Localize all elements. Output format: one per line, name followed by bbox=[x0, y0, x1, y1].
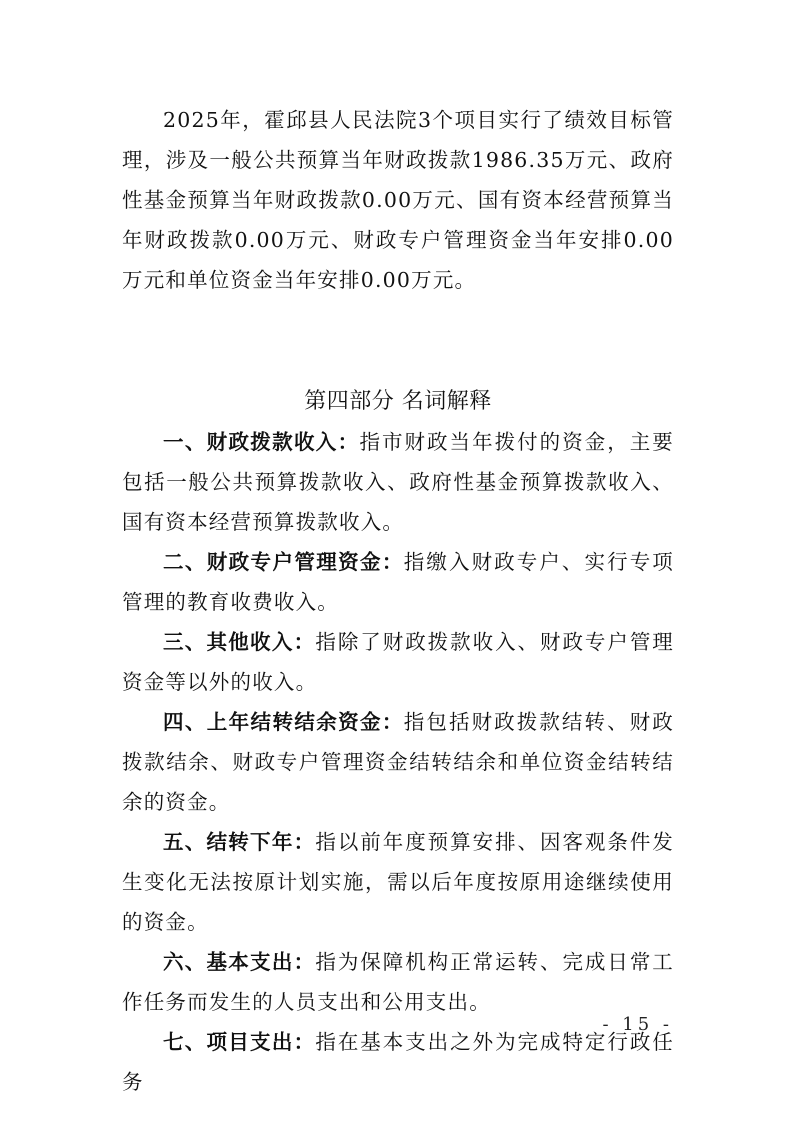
definition-item: 一、财政拨款收入：指市财政当年拨付的资金，主要包括一般公共预算拨款收入、政府性基… bbox=[122, 422, 674, 542]
definition-item: 六、基本支出：指为保障机构正常运转、完成日常工作任务而发生的人员支出和公用支出。 bbox=[122, 942, 674, 1022]
definition-item: 二、财政专户管理资金：指缴入财政专户、实行专项管理的教育收费收入。 bbox=[122, 542, 674, 622]
definition-term: 五、结转下年： bbox=[163, 830, 315, 854]
intro-paragraph: 2025年，霍邱县人民法院3个项目实行了绩效目标管理，涉及一般公共预算当年财政拨… bbox=[122, 100, 674, 300]
section-title: 第四部分 名词解释 bbox=[122, 382, 674, 422]
definition-item: 七、项目支出：指在基本支出之外为完成特定行政任务 bbox=[122, 1022, 674, 1102]
page-number: - 15 - bbox=[602, 1014, 673, 1035]
definition-item: 五、结转下年：指以前年度预算安排、因客观条件发生变化无法按原计划实施，需以后年度… bbox=[122, 822, 674, 942]
definition-term: 二、财政专户管理资金： bbox=[163, 550, 404, 574]
definition-item: 三、其他收入：指除了财政拨款收入、财政专户管理资金等以外的收入。 bbox=[122, 622, 674, 702]
document-page: 2025年，霍邱县人民法院3个项目实行了绩效目标管理，涉及一般公共预算当年财政拨… bbox=[122, 100, 674, 300]
definition-term: 四、上年结转结余资金： bbox=[163, 710, 404, 734]
definition-term: 一、财政拨款收入： bbox=[163, 430, 359, 454]
definition-item: 四、上年结转结余资金：指包括财政拨款结转、财政拨款结余、财政专户管理资金结转结余… bbox=[122, 702, 674, 822]
definition-term: 六、基本支出： bbox=[163, 950, 315, 974]
definition-term: 三、其他收入： bbox=[163, 630, 315, 654]
definitions-list: 一、财政拨款收入：指市财政当年拨付的资金，主要包括一般公共预算拨款收入、政府性基… bbox=[122, 422, 674, 1102]
definition-term: 七、项目支出： bbox=[163, 1030, 315, 1054]
